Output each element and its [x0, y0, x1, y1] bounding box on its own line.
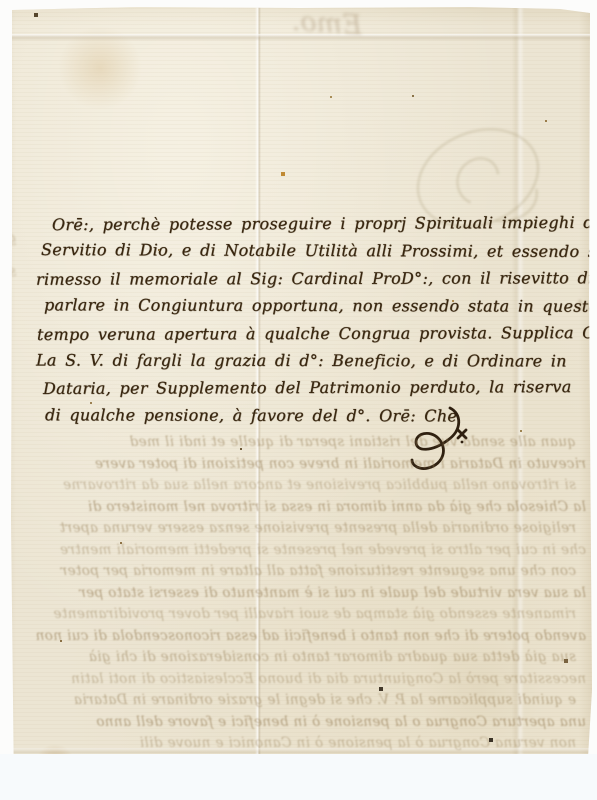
paper-specks: [0, 0, 2, 2]
scan-background: { "document": { "kind": "handwritten man…: [0, 0, 597, 800]
bleed-line: che in cui per altro si prevede nel pres…: [14, 542, 586, 564]
scanner-background-strip: [0, 754, 597, 800]
bleed-through-text-block: quan alle senda vue del ristiani sperar …: [14, 434, 586, 757]
manuscript-line: Dataria, per Supplemento del Patrimonio …: [36, 377, 592, 406]
bleed-line: avendo potere di che non tanto i benefic…: [14, 628, 586, 650]
manuscript-line: parlare in Congiuntura opportuna, non es…: [36, 295, 592, 324]
bleed-line: la sua vera virtude del quale in cui si …: [14, 585, 586, 607]
letter-text-block: Orē:, perchè potesse proseguire i proprj…: [36, 214, 592, 433]
bleed-line: la Chiesola che già da anni dimora in es…: [14, 499, 586, 521]
bleed-line: con che una seguente restituzione fatta …: [14, 563, 586, 585]
bleed-line: e quindi supplicarne la P. V. che si deg…: [14, 692, 586, 714]
bleed-line: religiose ordinaria della presente previ…: [14, 520, 586, 542]
bleed-line: sua già detta sua quadra dimorar tanto i…: [14, 649, 586, 671]
manuscript-line: Orē:, perchè potesse proseguire i proprj…: [36, 213, 592, 243]
bleed-line: ricevuto in Dataria i memoriali in breve…: [14, 456, 586, 478]
bleed-through-edge-fragment: sv: [0, 262, 16, 280]
manuscript-page: Emo. gl sv et Orē:, perchè potesse prose…: [0, 0, 597, 800]
manuscript-line: tempo veruna apertura à qualche Congrua …: [36, 323, 592, 352]
bleed-line: necessitare però la Congiuntura dia di b…: [14, 671, 586, 693]
bleed-line: rimanente essendo già stampa de suoi ria…: [14, 606, 586, 628]
manuscript-line: rimesso il memoriale al Sig: Cardinal Pr…: [36, 268, 592, 297]
manuscript-line: La S. V. di fargli la grazia di d°: Bene…: [36, 350, 592, 378]
bleed-line: quan alle senda vue del ristiani sperar …: [14, 434, 586, 456]
manuscript-line: di qualche pensione, à favore del d°. Or…: [36, 405, 592, 434]
bleed-line: si ritrovano nella pubblica previsione e…: [14, 477, 586, 499]
manuscript-line: Servitio di Dio, e di Notabile Utilità a…: [36, 240, 592, 269]
bleed-line: una apertura Congrua o la pensione ò in …: [14, 714, 586, 736]
bleed-through-edge-fragment: gl: [2, 228, 16, 246]
